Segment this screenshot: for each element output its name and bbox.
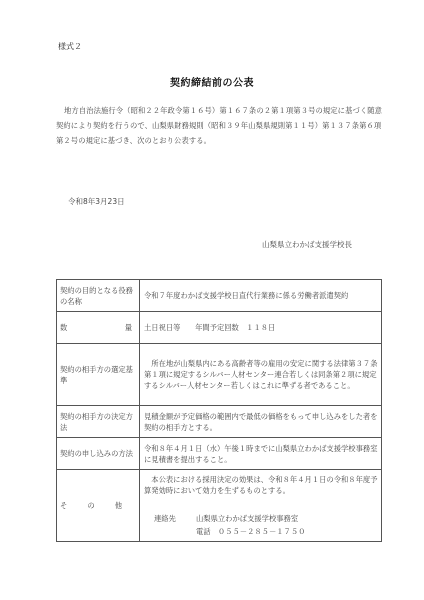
publication-date: 令和8年3月23日 bbox=[68, 196, 125, 207]
label-part: 他 bbox=[115, 500, 122, 511]
row-label: そ の 他 bbox=[57, 470, 140, 542]
row-value: 令和８年４月１日（水）午後１時までに山梨県立わかば支援学校事務室に見積書を提出す… bbox=[140, 438, 382, 470]
table-row: 契約の目的となる役務の名称 令和７年度わかば支援学校日直代行業務に係る労働者派遣… bbox=[57, 280, 382, 312]
intro-paragraph: 地方自治法施行令（昭和２２年政令第１６号）第１６７条の２第１項第３号の規定に基づ… bbox=[56, 104, 386, 148]
row-value: 令和７年度わかば支援学校日直代行業務に係る労働者派遣契約 bbox=[140, 280, 382, 312]
row-value: 見積金額が予定価格の範囲内で最低の価格をもって申し込みをした者を契約の相手方とす… bbox=[140, 406, 382, 438]
row-label: 契約の目的となる役務の名称 bbox=[57, 280, 140, 312]
label-part: の bbox=[87, 500, 94, 511]
document-title: 契約締結前の公表 bbox=[0, 74, 424, 89]
row-label: 契約の相手方の選定基準 bbox=[57, 344, 140, 406]
row-value: 土日祝日等 年間予定回数 １１８日 bbox=[140, 312, 382, 344]
label-part: そ bbox=[60, 500, 67, 511]
table-row: 契約の申し込みの方法 令和８年４月１日（水）午後１時までに山梨県立わかば支援学校… bbox=[57, 438, 382, 470]
contact-block: 連絡先 山梨県立わかば支援学校事務室 電話 ０５５－２８５－１７５０ bbox=[144, 512, 378, 538]
form-number: 様式２ bbox=[58, 41, 82, 52]
contact-phone: 電話 ０５５－２８５－１７５０ bbox=[196, 525, 305, 538]
row-label: 契約の相手方の決定方法 bbox=[57, 406, 140, 438]
row-value: 所在地が山梨県内にある高齢者等の雇用の安定に関する法律第３７条第１項に規定するシ… bbox=[140, 344, 382, 406]
signer: 山梨県立わかば支援学校長 bbox=[262, 239, 352, 250]
row-label: 数 量 bbox=[57, 312, 140, 344]
table-row: 契約の相手方の選定基準 所在地が山梨県内にある高齢者等の雇用の安定に関する法律第… bbox=[57, 344, 382, 406]
table-row: 契約の相手方の決定方法 見積金額が予定価格の範囲内で最低の価格をもって申し込みを… bbox=[57, 406, 382, 438]
row-value: 本公表における採用決定の効果は、令和８年４月１日の令和８年度予算発効時において効… bbox=[140, 470, 382, 542]
table-row: そ の 他 本公表における採用決定の効果は、令和８年４月１日の令和８年度予算発効… bbox=[57, 470, 382, 542]
other-note: 本公表における採用決定の効果は、令和８年４月１日の令和８年度予算発効時において効… bbox=[144, 474, 378, 496]
contact-label: 連絡先 bbox=[154, 512, 196, 525]
row-label: 契約の申し込みの方法 bbox=[57, 438, 140, 470]
label-part: 数 bbox=[60, 322, 67, 333]
contract-table: 契約の目的となる役務の名称 令和７年度わかば支援学校日直代行業務に係る労働者派遣… bbox=[56, 279, 382, 542]
contact-office: 山梨県立わかば支援学校事務室 bbox=[196, 512, 298, 525]
label-part: 量 bbox=[125, 322, 132, 333]
table-row: 数 量 土日祝日等 年間予定回数 １１８日 bbox=[57, 312, 382, 344]
intro-text: 地方自治法施行令（昭和２２年政令第１６号）第１６７条の２第１項第３号の規定に基づ… bbox=[56, 106, 382, 145]
